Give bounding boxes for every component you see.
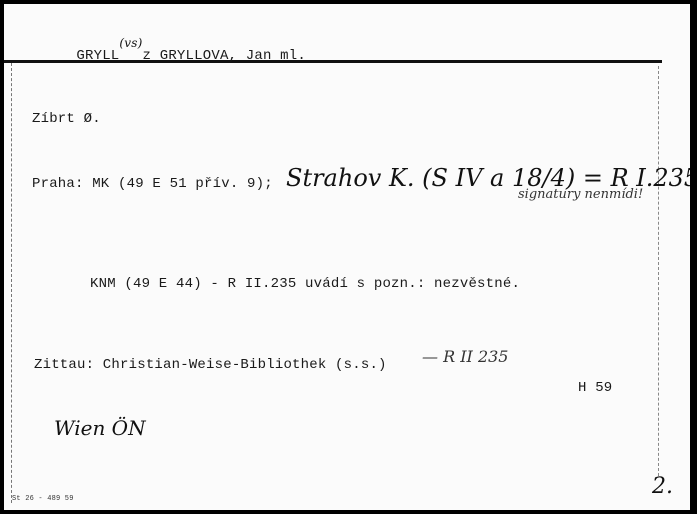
left-margin-dotted-line xyxy=(11,63,12,503)
entry-wien-handwritten: Wien ÖN xyxy=(54,416,146,440)
entry-zittau-handwritten: — R II 235 xyxy=(422,347,508,366)
entry-praha-handwritten-line2: signatury nenmídi! xyxy=(518,187,643,202)
entry-zibrt: Zíbrt Ø. xyxy=(32,111,101,127)
heading-name-part1: GRYLL xyxy=(76,48,119,64)
heading-handwritten-insert: (vs) xyxy=(119,36,142,50)
entry-knm: KNM (49 E 44) - R II.235 uvádí s pozn.: … xyxy=(90,276,520,292)
card-heading: GRYLL(vs)z GRYLLOVA, Jan ml. xyxy=(42,32,306,80)
entry-zittau: Zittau: Christian-Weise-Bibliothek (s.s.… xyxy=(34,357,387,373)
heading-name-part2: z GRYLLOVA, Jan ml. xyxy=(143,48,306,64)
footer-code: St 26 - 489 59 xyxy=(12,495,74,503)
right-margin-dotted-line xyxy=(658,66,659,476)
shelf-mark: H 59 xyxy=(578,380,612,396)
corner-mark: 2. xyxy=(652,474,673,499)
catalog-card: GRYLL(vs)z GRYLLOVA, Jan ml. Zíbrt Ø. Pr… xyxy=(4,4,690,510)
entry-praha: Praha: MK (49 E 51 přív. 9); xyxy=(32,176,273,192)
